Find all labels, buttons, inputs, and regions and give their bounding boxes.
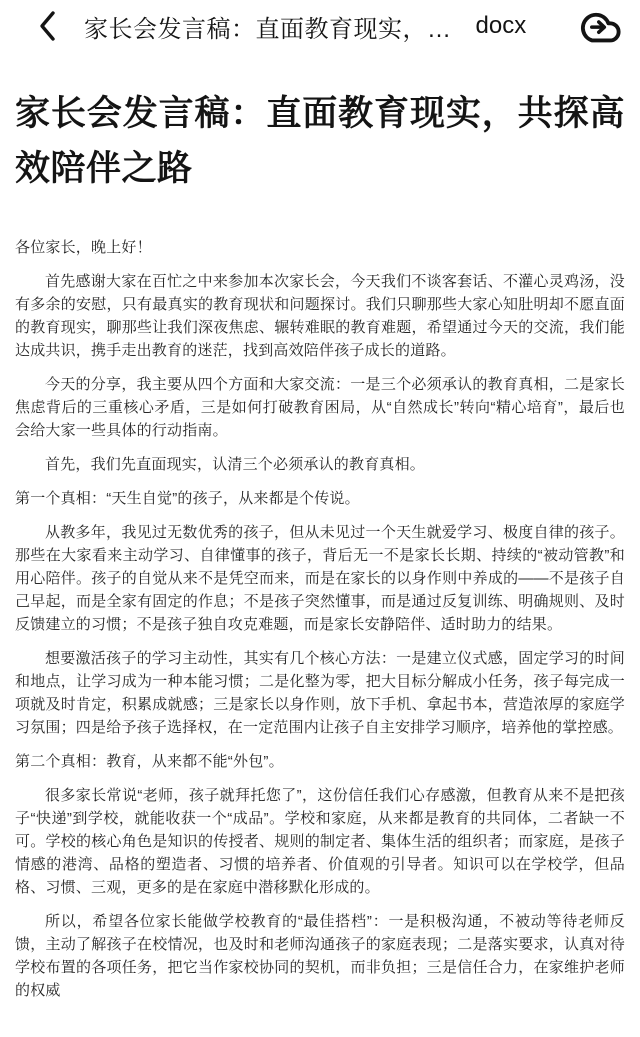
topbar-document-title: 家长会发言稿：直面教育现实，… xyxy=(84,9,452,44)
section-truth-2-heading: 第二个真相：教育，从来都不能“外包”。 xyxy=(15,750,625,773)
file-extension-label: docx xyxy=(476,12,527,40)
chevron-left-icon xyxy=(38,10,56,42)
paragraph-truth-1-methods: 想要激活孩子的学习主动性，其实有几个核心方法：一是建立仪式感，固定学习的时间和地… xyxy=(15,647,625,739)
share-button[interactable] xyxy=(573,7,625,45)
section-truth-1-heading: 第一个真相：“天生自觉”的孩子，从来都是个传说。 xyxy=(15,487,625,510)
cloud-share-icon xyxy=(576,9,622,43)
paragraph-truth-2-body: 很多家长常说“老师，孩子就拜托您了”，这份信任我们心存感激，但教育从来不是把孩子… xyxy=(15,784,625,899)
document-view[interactable]: 家长会发言稿：直面教育现实，共探高效陪伴之路 各位家长，晚上好！ 首先感谢大家在… xyxy=(0,86,640,1002)
paragraph-greeting: 各位家长，晚上好！ xyxy=(15,236,625,259)
document-heading: 家长会发言稿：直面教育现实，共探高效陪伴之路 xyxy=(15,86,625,196)
paragraph-truth-2-advice: 所以，希望各位家长能做学校教育的“最佳搭档”：一是积极沟通，不被动等待老师反馈，… xyxy=(15,910,625,1002)
paragraph-truth-1-body: 从教多年，我见过无数优秀的孩子，但从未见过一个天生就爱学习、极度自律的孩子。那些… xyxy=(15,521,625,636)
paragraph-agenda: 今天的分享，我主要从四个方面和大家交流：一是三个必须承认的教育真相，二是家长焦虑… xyxy=(15,373,625,442)
paragraph-intro: 首先感谢大家在百忙之中来参加本次家长会，今天我们不谈客套话、不灌心灵鸡汤，没有多… xyxy=(15,270,625,362)
paragraph-transition: 首先，我们先直面现实，认清三个必须承认的教育真相。 xyxy=(15,453,625,476)
back-button[interactable] xyxy=(38,10,62,42)
topbar: 家长会发言稿：直面教育现实，… docx xyxy=(0,0,640,50)
